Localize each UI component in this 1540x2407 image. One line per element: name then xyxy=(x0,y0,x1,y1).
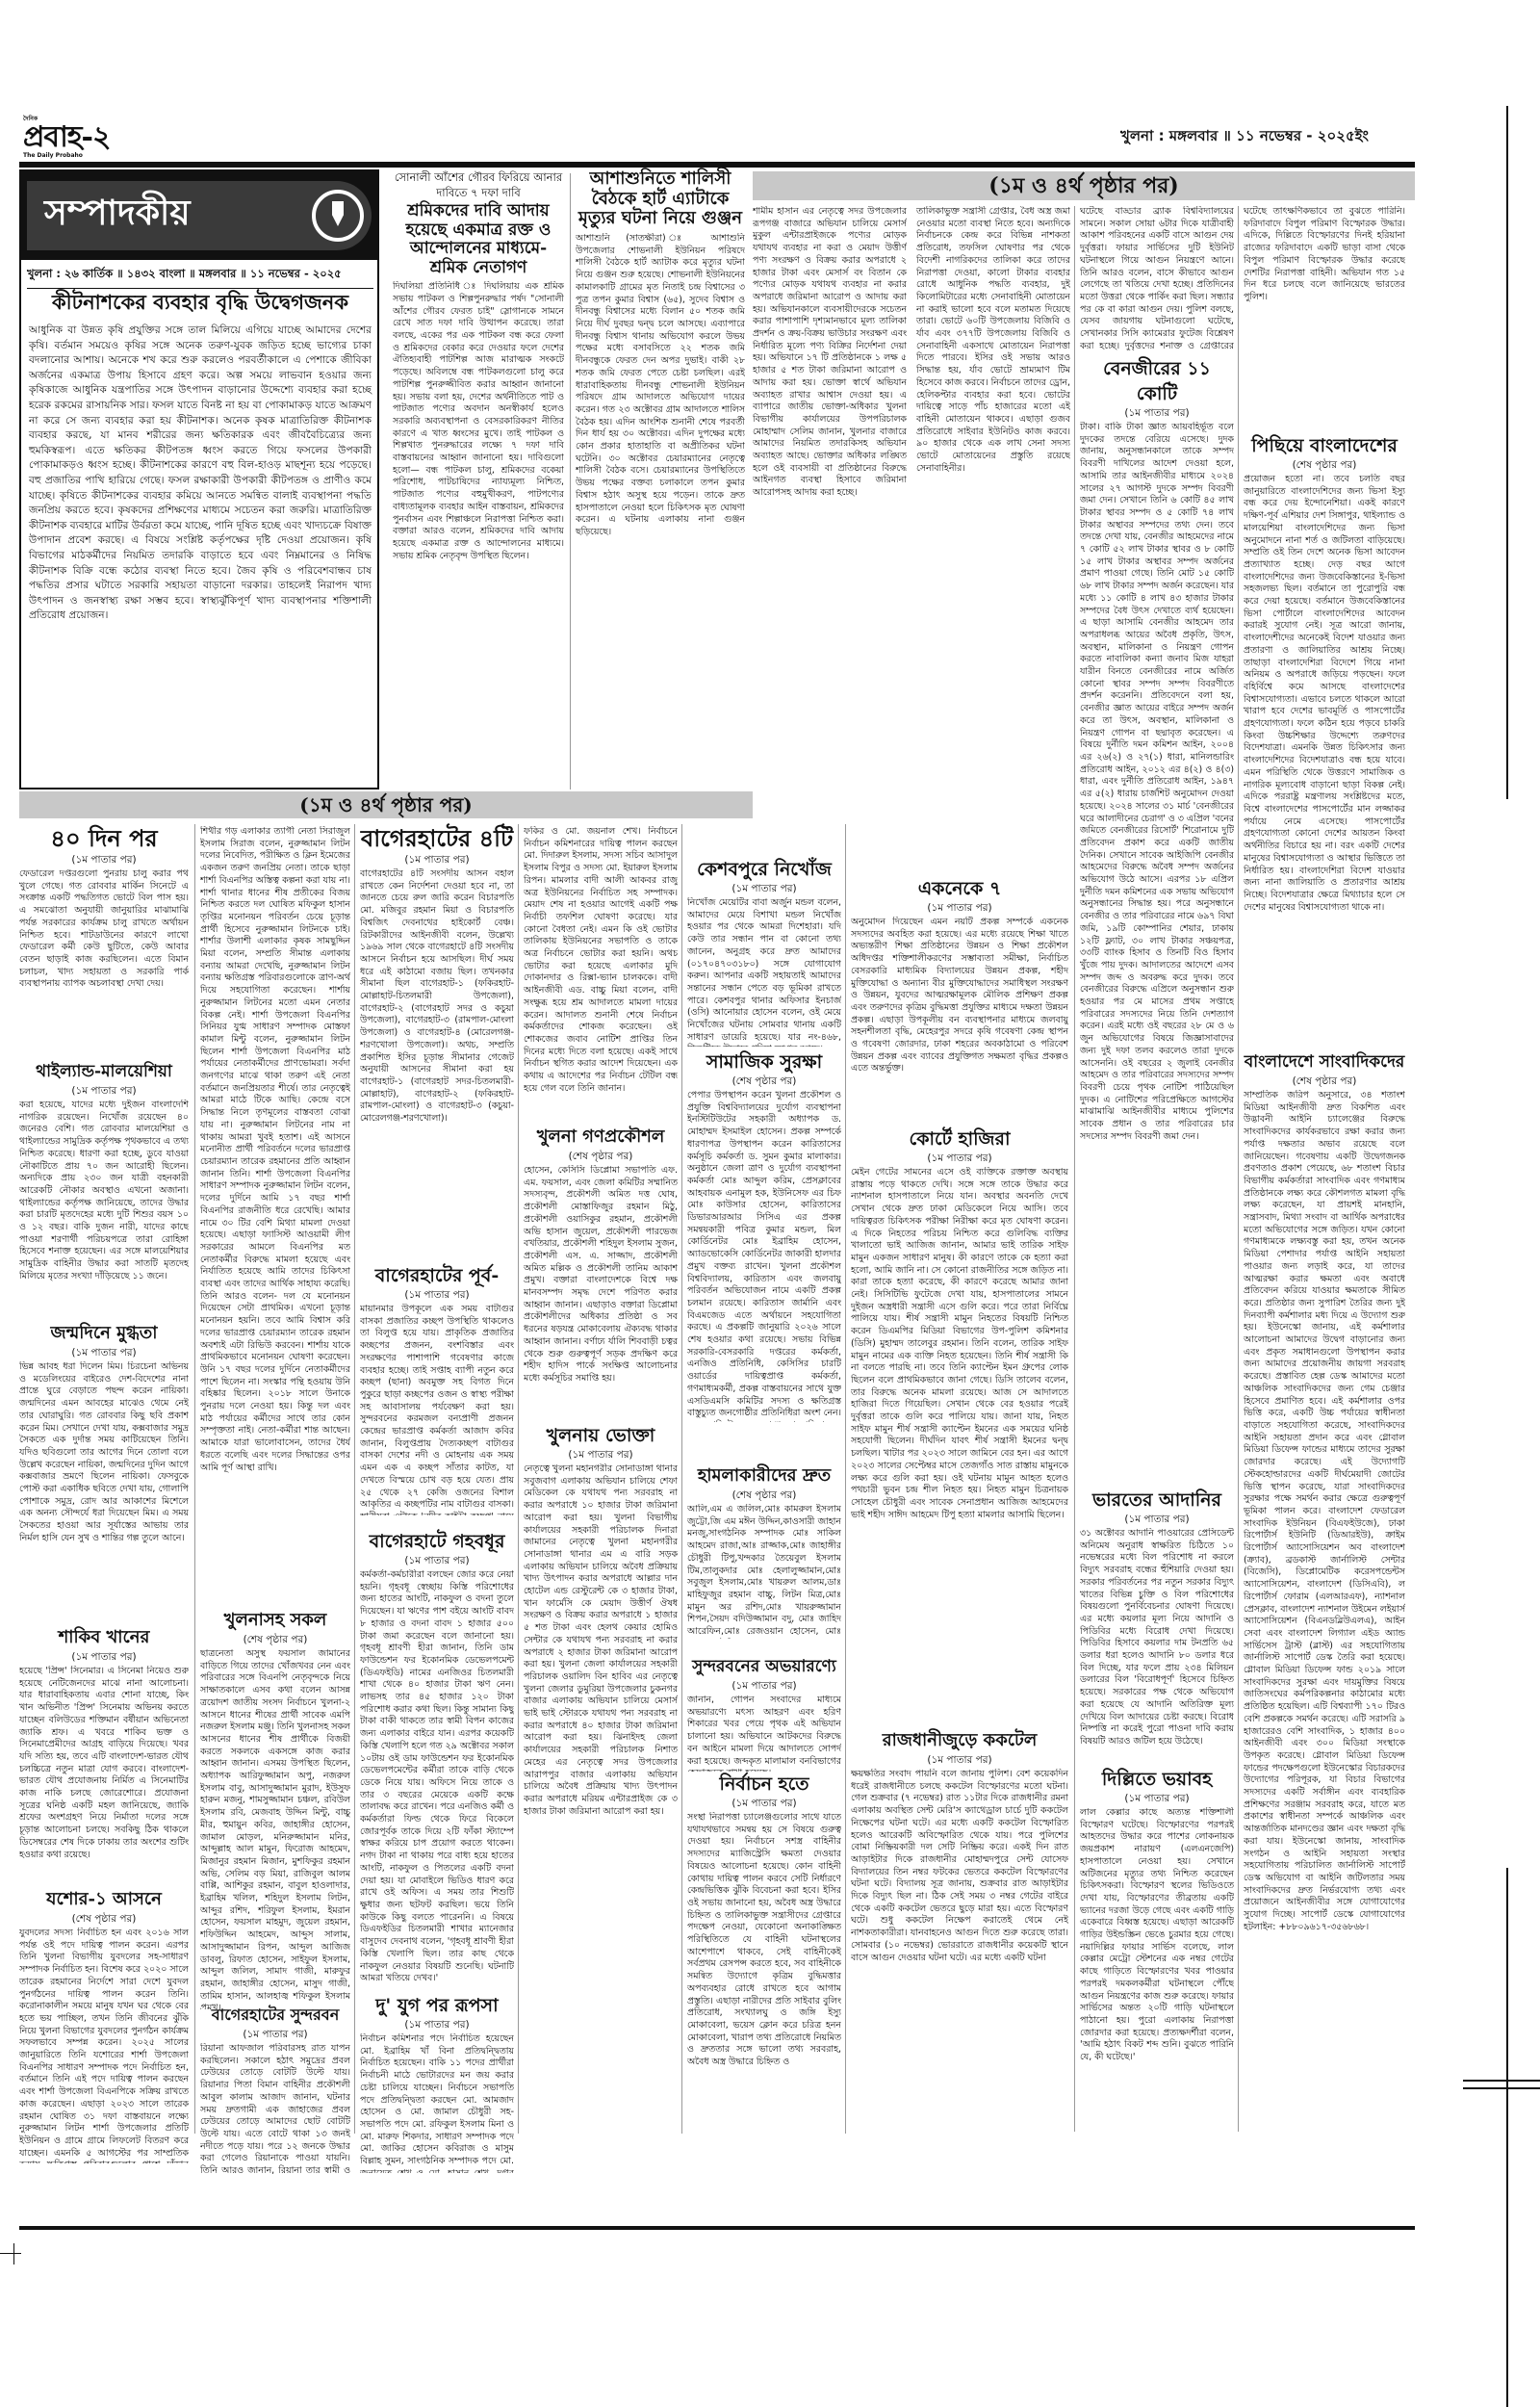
article-keshobpure-nikhoj: কেশবপুরে নিখোঁজ (১ম পাতার পর) নিখোঁজ মেয… xyxy=(687,857,841,1047)
article-benazir: বেনজীরের ১১ কোটি (১ম পাতার পর) টাকা। বাক… xyxy=(1080,356,1234,1510)
article-source: (১ম পাতার পর) xyxy=(360,1554,514,1567)
article-body: কর্মকর্তা-কর্মচারীরা বলছেন জোর করে নেয়া… xyxy=(360,1569,514,1993)
editorial-title: সম্পাদকীয় xyxy=(27,187,312,245)
article-headline: রাজধানীজুড়ে ককটেল xyxy=(851,1728,1068,1753)
article-source: (১ম পাতার পর) xyxy=(19,853,189,867)
article-body: হয়েছে 'প্রিন্স' সিনেমার। এ সিনেমা নিয়ে… xyxy=(19,1666,189,1902)
article-source: (শেষ পৃষ্ঠার পর) xyxy=(1244,458,1405,472)
lower-section-header: (১ম ও ৪র্থ পৃষ্ঠার পর) xyxy=(19,791,753,818)
masthead-rule xyxy=(19,162,1415,168)
article-rajdhanijure-kocktail: রাজধানীজুড়ে ককটেল (১ম পাতার পর) ক্ষয়ক্… xyxy=(851,1728,1068,2154)
article-bagerhate-grihobodhur: বাগেরহাটে গহবধূর (১ম পাতার পর) কর্মকর্তা… xyxy=(360,1529,514,1993)
article-khulna-gonoprokoushol: খুলনা গণপ্রকৌশল (শেষ পৃষ্ঠার পর) হোসেন, … xyxy=(524,1125,678,1430)
article-headline: বাগেরহাটের ৪টি xyxy=(360,824,514,853)
article-headline: ভারতের আদানির xyxy=(1080,1488,1234,1513)
article-body: সংস্থা নিরাপত্তা চ্যালেঞ্জগুলোর সাথে যাত… xyxy=(687,1812,841,2130)
article-source: (শেষ পৃষ্ঠার পর) xyxy=(687,1074,841,1088)
article-body: নিখোঁজ মেয়েটির বাবা অর্জুন মন্ডল বলেন, … xyxy=(687,897,841,1047)
article-body: করা হয়েছে, যাদের মধ্যে দুইজন বাংলাদেশি … xyxy=(19,1100,189,1309)
article-body: সাম্প্রতিক জরিপ অনুসারে, ৩৪ শতাংশ মিডিয়… xyxy=(1244,1090,1405,2265)
article-body: হোসেন, কেসিসি ডিপ্লোমা সভাপতি এফ. এম. ফয… xyxy=(524,1165,678,1430)
article-bagerhater-4ti: বাগেরহাটের ৪টি (১ম পাতার পর) বাগেরহাটের … xyxy=(360,824,514,1211)
editorial-banner: সম্পাদকীয় xyxy=(21,171,377,260)
bottom-rule xyxy=(19,2226,1415,2230)
newspaper-page: দৈনিক প্রবাহ-২ The Daily Probaho খুলনা :… xyxy=(19,0,1482,2407)
article-body: শিথীর গড় এলাকার ত্যাগী নেতা সিরাজুল ইসল… xyxy=(200,826,350,1601)
article-body: জানান, গোপন সংবাদের মাধ্যমে অভয়ারণ্যে ম… xyxy=(687,1695,841,1772)
article-headline: সামাজিক সুরক্ষা xyxy=(687,1049,841,1074)
article-source: (শেষ পৃষ্ঠার পর) xyxy=(687,1488,841,1502)
article-source: (১ম পাতার পর) xyxy=(1080,1792,1234,1805)
logo-title: প্রবাহ-২ xyxy=(23,123,111,152)
article-headline: কেশবপুরে নিখোঁজ xyxy=(687,857,841,882)
article-jashore-1-asone: যশোর-১ আসনে (শেষ পৃষ্ঠার পর) যুবদলের সদস… xyxy=(19,1887,189,2163)
crop-mark xyxy=(0,2253,21,2254)
article-headline: খুলনাসহ সকল xyxy=(200,1608,350,1633)
article-headline: হামলাকারীদের দ্রুত xyxy=(687,1463,841,1488)
article-nirbachon-hote: নির্বাচন হতে (১ম পাতার পর) সংস্থা নিরাপত… xyxy=(687,1772,841,2130)
story-kicker: সোনালী আঁশের গৌরব ফিরিয়ে আনার দাবিতে ৭ … xyxy=(393,169,564,200)
article-ekneke-7: একনেকে ৭ (১ম পাতার পর) অনুমোদন দিয়েছেন … xyxy=(851,876,1068,1114)
article-hamlakarider-druto: হামলাকারীদের দ্রুত (শেষ পৃষ্ঠার পর) আলি,… xyxy=(687,1463,841,1639)
article-source: (শেষ পৃষ্ঠার পর) xyxy=(19,1912,189,1926)
article-body: অনুমোদন দিয়েছেন এমন নয়টি প্রকল্প সম্পর… xyxy=(851,917,1068,1114)
story-body: দিঘলিয়া প্রতিনিধি ঃ দিঘলিয়ায় এক শ্রমি… xyxy=(393,281,564,710)
masthead: দৈনিক প্রবাহ-২ The Daily Probaho খুলনা :… xyxy=(19,116,1482,164)
article-body: টাকা। বাকি টাকা জ্ঞাত আয়বহির্ভূত বলে দু… xyxy=(1080,422,1234,1510)
article-headline: বেনজীরের ১১ কোটি xyxy=(1080,356,1234,406)
article-body: লাল কেল্লার কাছে অত্যন্ত শক্তিশালী বিস্ফ… xyxy=(1080,1807,1234,2250)
article-headline: নির্বাচন হতে xyxy=(687,1772,841,1797)
article-bangladeshe-sangbadikder: বাংলাদেশে সাংবাদিকদের (শেষ পৃষ্ঠার পর) স… xyxy=(1244,1049,1405,2265)
article-source: (শেষ পৃষ্ঠার পর) xyxy=(524,1150,678,1163)
article-headline: জন্মদিনে মুগ্ধতা xyxy=(19,1321,189,1346)
article-source: (১ম পাতার পর) xyxy=(19,1346,189,1359)
article-source: (১ম পাতার পর) xyxy=(687,1679,841,1693)
article-shakib-khaner: শাকিব খানের (১ম পাতার পর) হয়েছে 'প্রিন্… xyxy=(19,1625,189,1902)
logo-subtitle: The Daily Probaho xyxy=(23,152,111,160)
article-headline: যশোর-১ আসনে xyxy=(19,1887,189,1912)
article-body: নির্বাচন কমিশনার পদে নির্বাচিত হয়েছেন ম… xyxy=(360,2033,514,2173)
crop-mark xyxy=(13,2243,14,2265)
editorial-body: আধুনিক বা উন্নত কৃষি প্রযুক্তির সঙ্গে তা… xyxy=(29,324,372,624)
article-body: মায়ানমার উপকূলে এক সময় বাটাগুর বাসকা প… xyxy=(360,1304,514,1515)
article-pichhiye-bangladesher: পিছিয়ে বাংলাদেশের (শেষ পৃষ্ঠার পর) প্রয… xyxy=(1244,433,1405,1080)
article-khulnasoho-sokol: খুলনাসহ সকল (শেষ পৃষ্ঠার পর) ছাত্রনেতা অ… xyxy=(200,1608,350,2009)
jump-column: শামীম হাসান এর নেতৃত্বে সদর উপজেলার রূপগ… xyxy=(753,206,907,784)
article-source: (১ম পাতার পর) xyxy=(200,2028,350,2041)
column-divider xyxy=(354,824,355,2134)
article-bagerhater-purbo: বাগেরহাটের পূর্ব- (১ম পাতার পর) মায়ানমা… xyxy=(360,1263,514,1515)
article-dillite-voyaboho: দিল্লিতে ভয়াবহ (১ম পাতার পর) লাল কেল্লা… xyxy=(1080,1767,1234,2250)
article-headline: বাগেরহাটের পূর্ব- xyxy=(360,1263,514,1288)
article-source: (শেষ পৃষ্ঠার পর) xyxy=(200,1633,350,1646)
story-body: আশাশুনি (সাতক্ষীরা) ঃ আশাশুনি উপজেলার শো… xyxy=(576,233,745,686)
article-continuation: ফকির ও মো. জয়নাল শেখ। নির্বাচনে নির্বাচ… xyxy=(524,824,678,1129)
column-divider xyxy=(1074,206,1075,2132)
article-body: বাগেরহাটের ৪টি সংসদীয় আসন বহাল রাখতে কে… xyxy=(360,868,514,1211)
column-divider xyxy=(681,824,682,2134)
article-body: যুবদলের সদস্য নির্বাচিত হন এবং ২০১৬ সাল … xyxy=(19,1928,189,2163)
article-source: (১ম পাতার পর) xyxy=(1080,1513,1234,1526)
article-headline: দু' যুগ পর রূপসা xyxy=(360,1993,514,2018)
article-source: (১ম পাতার পর) xyxy=(360,2018,514,2032)
article-samajik-surokkha: সামাজিক সুরক্ষা (শেষ পৃষ্ঠার পর) পেপার উ… xyxy=(687,1049,841,1422)
crop-mark xyxy=(1506,106,1508,799)
editorial-dateline: খুলনা : ২৬ কার্তিক ॥ ১৪৩২ বাংলা ॥ মঙ্গলব… xyxy=(27,266,373,289)
article-jonmodine-mugdhota: জন্মদিনে মুগ্ধতা (১ম পাতার পর) ভিন্ন আবহ… xyxy=(19,1321,189,1589)
article-khulnay-vokta: খুলনায় ভোক্তা (১ম পাতার পর) নেতৃত্বে খু… xyxy=(524,1423,678,2128)
column-divider xyxy=(570,173,571,789)
article-body: মেইন গেটের সামনের এসে ওই ব্যক্তিকে রক্তা… xyxy=(851,1167,1068,1677)
jump-section-header: (১ম ও ৪র্থ পৃষ্ঠার পর) xyxy=(753,171,1415,200)
article-headline: থাইল্যান্ড-মালয়েশিয়া xyxy=(19,1059,189,1084)
crop-mark xyxy=(1463,2080,1540,2082)
editorial-box: সম্পাদকীয় খুলনা : ২৬ কার্তিক ॥ ১৪৩২ বাং… xyxy=(19,169,379,789)
article-headline: দিল্লিতে ভয়াবহ xyxy=(1080,1767,1234,1792)
jump-column: ঘটেছে বাড্ডার ব্র্যাক বিশ্ববিদ্যালয়ের স… xyxy=(1080,206,1234,350)
article-body: রিয়ানা আফজাল পরিবারসহ রাত যাপন করছিলেন।… xyxy=(200,2043,350,2178)
article-40-din-por: ৪০ দিন পর (১ম পাতার পর) ফেডারেল দপ্তরগুল… xyxy=(19,824,189,1061)
article-source: (১ম পাতার পর) xyxy=(524,1448,678,1462)
article-headline: খুলনায় ভোক্তা xyxy=(524,1423,678,1448)
article-body: আলি,এম এ জলিল,মোঃ কামরুল ইসলাম জুট্টো,জি… xyxy=(687,1504,841,1639)
article-source: (১ম পাতার পর) xyxy=(687,1797,841,1810)
article-body: ভিন্ন আবহ ধরা দিলেন মিম। চিরচেনা অভিনয় … xyxy=(19,1361,189,1589)
crop-mark xyxy=(1463,2087,1540,2089)
column-divider xyxy=(194,824,195,2134)
article-source: (১ম পাতার পর) xyxy=(687,882,841,895)
crop-mark xyxy=(1506,1868,1508,2407)
article-du-jug-por-rupsha: দু' যুগ পর রূপসা (১ম পাতার পর) নির্বাচন … xyxy=(360,1993,514,2173)
article-body: ক্ষয়ক্ষতির সংবাদ পায়নি বলে জানায় পুলি… xyxy=(851,1769,1068,2154)
article-headline: খুলনা গণপ্রকৌশল xyxy=(524,1125,678,1150)
masthead-date: খুলনা : মঙ্গলবার ॥ ১১ নভেম্বর - ২০২৫ইং xyxy=(1120,125,1369,149)
article-source: (১ম পাতার পর) xyxy=(19,1084,189,1098)
article-body: ফেডারেল দপ্তরগুলো পুনরায় চালু করার পথ খ… xyxy=(19,868,189,1061)
story-headline: শ্রমিকদের দাবি আদায় হয়েছে একমাত্র রক্ত… xyxy=(393,202,564,277)
top-story-jute: সোনালী আঁশের গৌরব ফিরিয়ে আনার দাবিতে ৭ … xyxy=(393,169,564,710)
article-source: (১ম পাতার পর) xyxy=(851,1753,1068,1767)
article-bharater-adanir: ভারতের আদানির (১ম পাতার পর) ৩১ অক্টোবর আ… xyxy=(1080,1488,1234,1745)
article-source: (১ম পাতার পর) xyxy=(19,1650,189,1664)
article-body: ছাত্রনেতা অসুস্থ ফয়সাল জামানের বাড়িতে … xyxy=(200,1648,350,2009)
article-body: প্রয়োজন হতো না। তবে চলতি বছর জানুয়ারিত… xyxy=(1244,474,1405,1080)
column-divider xyxy=(518,824,519,2134)
top-story-ashashuni: আশাশুনিতে শালিসী বৈঠকে হার্ট এ্যাটাকে মৃ… xyxy=(576,169,745,686)
story-headline: আশাশুনিতে শালিসী বৈঠকে হার্ট এ্যাটাকে মৃ… xyxy=(576,169,745,229)
article-headline: বাংলাদেশে সাংবাদিকদের xyxy=(1244,1049,1405,1074)
article-source: (শেষ পৃষ্ঠার পর) xyxy=(1244,1074,1405,1088)
article-source: (১ম পাতার পর) xyxy=(360,1288,514,1302)
column-divider xyxy=(845,824,846,2134)
article-thailand-malaysia: থাইল্যান্ড-মালয়েশিয়া (১ম পাতার পর) করা… xyxy=(19,1059,189,1309)
pen-nib-icon xyxy=(312,190,364,242)
article-source: (১ম পাতার পর) xyxy=(851,1152,1068,1165)
article-headline: শাকিব খানের xyxy=(19,1625,189,1650)
article-headline: ৪০ দিন পর xyxy=(19,824,189,853)
jump-column: ঘটেছে তাৎক্ষণিকভাবে তা বুঝতে পারিনি। ফরি… xyxy=(1244,206,1405,427)
article-headline: বাগেরহাটে গহবধূর xyxy=(360,1529,514,1554)
column-divider xyxy=(1238,206,1239,2132)
article-continuation: শিথীর গড় এলাকার ত্যাগী নেতা সিরাজুল ইসল… xyxy=(200,824,350,1601)
article-bagerhater-sundarban: বাগেরহাটের সুন্দরবন (১ম পাতার পর) রিয়ান… xyxy=(200,2003,350,2178)
article-sundarboner-ovoyaronne: সুন্দরবনের অভয়ারণ্যে (১ম পাতার পর) জানা… xyxy=(687,1654,841,1772)
article-source: (১ম পাতার পর) xyxy=(1080,406,1234,420)
editorial-headline: কীটনাশকের ব্যবহার বৃদ্ধি উদ্বেগজনক xyxy=(27,289,373,316)
article-headline: কোর্টে হাজিরা xyxy=(851,1126,1068,1152)
article-headline: একনেকে ৭ xyxy=(851,876,1068,901)
article-korte-hajira: কোর্টে হাজিরা (১ম পাতার পর) মেইন গেটের স… xyxy=(851,1126,1068,1677)
article-source: (১ম পাতার পর) xyxy=(360,853,514,867)
article-body: পেপার উপস্থাপন করেন খুলনা প্রকৌশল ও প্রয… xyxy=(687,1090,841,1422)
article-headline: সুন্দরবনের অভয়ারণ্যে xyxy=(687,1654,841,1679)
article-headline: পিছিয়ে বাংলাদেশের xyxy=(1244,433,1405,458)
article-body: নেতৃত্বে খুলনা মহানগরীর সোনাডাঙ্গা থানার… xyxy=(524,1463,678,2128)
newspaper-logo: দৈনিক প্রবাহ-২ The Daily Probaho xyxy=(23,116,111,162)
article-body: ফকির ও মো. জয়নাল শেখ। নির্বাচনে নির্বাচ… xyxy=(524,826,678,1129)
jump-column: তালিকাভুক্ত সন্ত্রাসী গ্রেপ্তার, বৈধ অস্… xyxy=(916,206,1070,784)
article-source: (১ম পাতার পর) xyxy=(851,901,1068,915)
article-headline: বাগেরহাটের সুন্দরবন xyxy=(200,2003,350,2028)
article-body: ৩১ অক্টোবর আদানি পাওয়ারের প্রেসিডেন্ট অ… xyxy=(1080,1528,1234,1745)
